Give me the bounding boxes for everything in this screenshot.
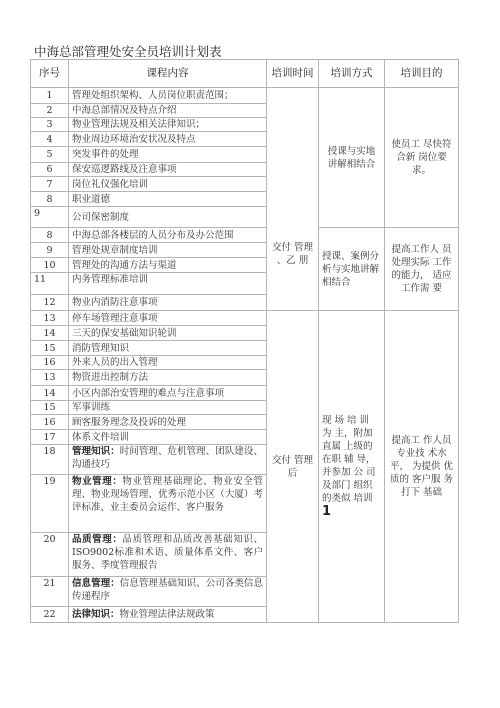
table-row: 8 中海总部各楼层的人员分布及办公范围 授课、案例分析与实地讲解相结合 提高工作… [31,228,459,243]
row-content: 管理处的沟通方法与渠道 [69,258,267,273]
section-b-purpose: 提高工作人 员处理实际 工作的能力， 适应工作需 要 [385,228,459,311]
row-num: 14 [31,386,69,401]
section-c-method-text: 现 场 培 训 为 主，附加直属 上级的在职 辅 导，并参加 公 司及部门 组织… [322,415,376,504]
row-content: 小区内部治安管理的难点与注意事项 [69,386,267,401]
table-row: 13 停车场管理注意事项 交付 管理 后 现 场 培 训 为 主，附加直属 上级… [31,311,459,326]
row-label: 管理知识： [72,446,120,457]
row-content: 中海总部情况及特点介绍 [69,104,267,118]
row-text: 物业管理法律法规政策 [120,609,215,620]
section-c-purpose: 提高工 作人员 专业技 术水 平， 为提供 优质的 客户服 务打下 基础 [385,311,459,623]
row-label: 信息管理： [72,578,120,589]
row-num: 21 [31,577,69,607]
row-content: 突发事件的处理 [69,147,267,163]
section-c-time: 交付 管理 后 [267,311,319,623]
row-content: 三天的保安基础知识轮训 [69,326,267,341]
row-content: 品质管理：品质管理和品质改善基础知识、ISO9002标准和术语、质量体系文件、客… [69,533,267,577]
table-row: 1 管理处组织架构、人员岗位职责范围； 交付 管理 、乙 朋 授课与实地 讲解相… [31,88,459,104]
row-content: 内务管理标准培训 [69,273,267,295]
row-num: 22 [31,607,69,623]
row-num: 7 [31,177,69,192]
header-purpose: 培训目的 [385,60,459,88]
row-content: 顾客服务理念及投诉的处理 [69,415,267,430]
row-num: 4 [31,132,69,147]
row-num: 19 [31,475,69,533]
document-title: 中海总部管理处安全员培训计划表 [34,42,222,60]
row-content: 岗位礼仪强化培训 [69,177,267,192]
row-content: 信息管理：信息管理基础知识、公司各类信息传递程序 [69,577,267,607]
table-header-row: 序号 课程内容 培训时间 培训方式 培训目的 [31,60,459,88]
row-num: 20 [31,533,69,577]
row-content: 体系文件培训 [69,430,267,445]
training-plan-table: 序号 课程内容 培训时间 培训方式 培训目的 1 管理处组织架构、人员岗位职责范… [30,59,459,623]
row-content: 物业内消防注意事项 [69,295,267,311]
section-c-method: 现 场 培 训 为 主，附加直属 上级的在职 辅 导，并参加 公 司及部门 组织… [319,311,385,623]
row-content: 管理处规章制度培训 [69,243,267,258]
row-content: 军事训练 [69,401,267,415]
section-a-method: 授课与实地 讲解相结合 [319,88,385,228]
row-content: 职业道德 [69,192,267,207]
row-num: 9 [31,243,69,258]
row-content: 物业周边环境治安状况及特点 [69,132,267,147]
row-num: 14 [31,326,69,341]
row-num: 13 [31,370,69,386]
row-num: 13 [31,311,69,326]
header-time: 培训时间 [267,60,319,88]
row-content: 管理知识：时间管理、危机管理、团队建设、沟通技巧 [69,445,267,475]
row-content: 管理处组织架构、人员岗位职责范围； [69,88,267,104]
row-num: 10 [31,258,69,273]
row-num: 17 [31,430,69,445]
row-num: 16 [31,415,69,430]
row-num: 11 [31,273,69,295]
row-label: 法律知识： [72,609,120,620]
row-content: 物业管理：物业管理基础理论、物业安全管理、物业现场管理、优秀示范小区（大厦）考评… [69,475,267,533]
row-content: 公司保密制度 [69,207,267,228]
row-label: 品质管理： [72,534,122,545]
row-num: 5 [31,147,69,163]
row-label: 物业管理： [72,476,122,487]
row-num: 15 [31,401,69,415]
header-method: 培训方式 [319,60,385,88]
row-content: 物资进出控制方法 [69,370,267,386]
header-content: 课程内容 [69,60,267,88]
row-num: 8 [31,192,69,207]
row-content: 消防管理知识 [69,341,267,356]
row-num: 1 [31,88,69,104]
row-content: 中海总部各楼层的人员分布及办公范围 [69,228,267,243]
row-num: 15 [31,341,69,356]
row-num: 9 [31,207,69,228]
header-num: 序号 [31,60,69,88]
row-num: 3 [31,118,69,132]
section-b-method: 授课、案例分析与实地讲解相结合 [319,228,385,311]
section-a-time: 交付 管理 、乙 朋 [267,88,319,311]
row-num: 16 [31,356,69,370]
row-content: 法律知识：物业管理法律法规政策 [69,607,267,623]
row-content: 物业管理法规及相关法律知识； [69,118,267,132]
row-num: 2 [31,104,69,118]
section-a-purpose: 使员工 尽快符合新 岗位要求。 [385,88,459,228]
row-num: 8 [31,228,69,243]
row-content: 保安巡逻路线及注意事项 [69,163,267,177]
section-c-method-suffix: 1 [322,504,331,519]
row-num: 12 [31,295,69,311]
row-content: 停车场管理注意事项 [69,311,267,326]
row-num: 6 [31,163,69,177]
row-num: 18 [31,445,69,475]
row-content: 外来人员的出入管理 [69,356,267,370]
